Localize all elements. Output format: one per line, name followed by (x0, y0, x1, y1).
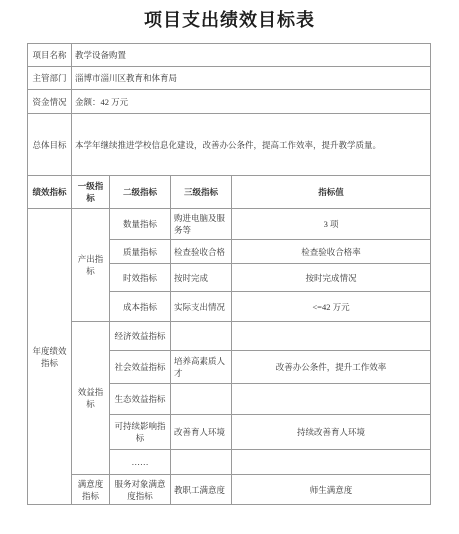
level2-cell: 时效指标 (110, 264, 171, 292)
info-label: 项目名称 (28, 44, 72, 67)
value-cell: 按时完成情况 (232, 264, 431, 292)
value-cell: 持续改善育人环境 (232, 415, 431, 450)
indicator-row: 满意度指标 服务对象满意度指标 教职工满意度 师生满意度 (28, 475, 431, 505)
header-indicator-value: 指标值 (232, 176, 431, 209)
info-value: 淄博市淄川区教育和体育局 (72, 67, 431, 90)
page-title: 项目支出绩效目标表 (0, 0, 459, 31)
performance-target-table: 项目名称 教学设备购置 主管部门 淄博市淄川区教育和体育局 资金情况 金额：42… (27, 43, 431, 505)
value-cell: 检查验收合格率 (232, 240, 431, 264)
value-cell (232, 450, 431, 475)
level3-cell: 检查验收合格 (171, 240, 232, 264)
value-cell: 师生满意度 (232, 475, 431, 505)
info-value: 本学年继续推进学校信息化建设，改善办公条件，提高工作效率，提升教学质量。 (72, 114, 431, 176)
header-level1-indicator: 一级指标 (72, 176, 110, 209)
indicator-row: 效益指标 经济效益指标 (28, 322, 431, 351)
level3-cell (171, 384, 232, 415)
info-value: 教学设备购置 (72, 44, 431, 67)
level1-benefit-cell: 效益指标 (72, 322, 110, 475)
info-label: 主管部门 (28, 67, 72, 90)
header-performance-indicator: 绩效指标 (28, 176, 72, 209)
level3-cell (171, 450, 232, 475)
level2-cell: 经济效益指标 (110, 322, 171, 351)
level3-cell: 改善育人环境 (171, 415, 232, 450)
info-row-department: 主管部门 淄博市淄川区教育和体育局 (28, 67, 431, 90)
annual-performance-cell: 年度绩效指标 (28, 209, 72, 505)
value-cell: <=42 万元 (232, 292, 431, 322)
header-level2-indicator: 二级指标 (110, 176, 171, 209)
info-row-overall-goal: 总体目标 本学年继续推进学校信息化建设，改善办公条件，提高工作效率，提升教学质量… (28, 114, 431, 176)
level1-satisfaction-cell: 满意度指标 (72, 475, 110, 505)
level2-cell: 社会效益指标 (110, 351, 171, 384)
level2-cell: 生态效益指标 (110, 384, 171, 415)
level3-cell: 教职工满意度 (171, 475, 232, 505)
level2-cell: 质量指标 (110, 240, 171, 264)
level3-cell (171, 322, 232, 351)
level3-cell: 实际支出情况 (171, 292, 232, 322)
level3-cell: 购进电脑及服务等 (171, 209, 232, 240)
level2-cell: 数量指标 (110, 209, 171, 240)
level1-output-cell: 产出指标 (72, 209, 110, 322)
value-cell (232, 322, 431, 351)
info-label: 资金情况 (28, 90, 72, 114)
indicator-row: 年度绩效指标 产出指标 数量指标 购进电脑及服务等 3 项 (28, 209, 431, 240)
header-level3-indicator: 三级指标 (171, 176, 232, 209)
level3-cell: 培养高素质人才 (171, 351, 232, 384)
level3-cell: 按时完成 (171, 264, 232, 292)
level2-cell: 成本指标 (110, 292, 171, 322)
info-row-project-name: 项目名称 教学设备购置 (28, 44, 431, 67)
level2-cell: …… (110, 450, 171, 475)
value-cell (232, 384, 431, 415)
level2-cell: 服务对象满意度指标 (110, 475, 171, 505)
value-cell: 3 项 (232, 209, 431, 240)
level2-cell: 可持续影响指标 (110, 415, 171, 450)
info-row-funds: 资金情况 金额：42 万元 (28, 90, 431, 114)
info-label: 总体目标 (28, 114, 72, 176)
indicator-header-row: 绩效指标 一级指标 二级指标 三级指标 指标值 (28, 176, 431, 209)
value-cell: 改善办公条件，提升工作效率 (232, 351, 431, 384)
info-value: 金额：42 万元 (72, 90, 431, 114)
